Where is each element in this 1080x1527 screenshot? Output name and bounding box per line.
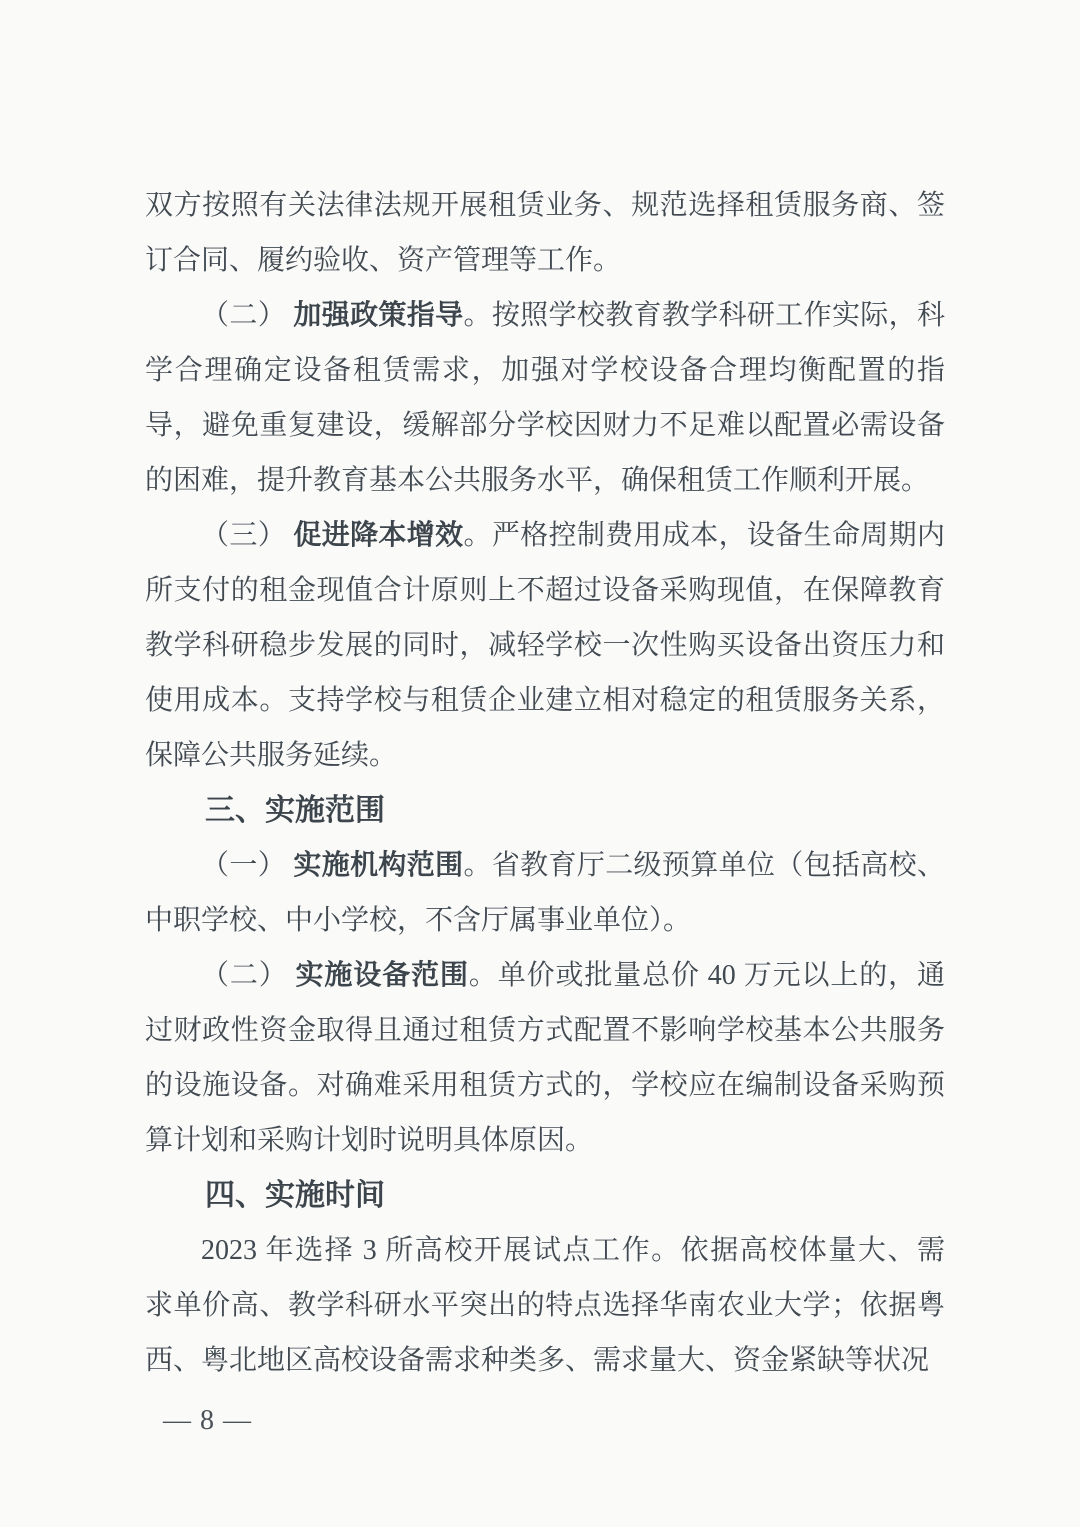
text-run: 所支付的租金现值合计原则上不超过设备采购现值，在保障教育 — [145, 575, 945, 606]
text-run: 算计划和采购计划时说明具体原因。 — [145, 1125, 593, 1156]
text-line: 西、粤北地区高校设备需求种类多、需求量大、资金紧缺等状况 — [145, 1333, 945, 1388]
run-in-heading: 促进降本增效 — [293, 520, 463, 551]
text-run: 保障公共服务延续。 — [145, 740, 397, 771]
text-line: 过财政性资金取得且通过租赁方式配置不影响学校基本公共服务 — [145, 1003, 945, 1058]
text-line: 的设施设备。对确难采用租赁方式的，学校应在编制设备采购预 — [145, 1058, 945, 1113]
text-line: 使用成本。支持学校与租赁企业建立相对稳定的租赁服务关系， — [145, 673, 945, 728]
document-body: 双方按照有关法律法规开展租赁业务、规范选择租赁服务商、签订合同、履约验收、资产管… — [145, 178, 945, 1388]
text-line: 教学科研稳步发展的同时，减轻学校一次性购买设备出资压力和 — [145, 618, 945, 673]
text-run: （一） — [201, 850, 293, 881]
text-run: 学合理确定设备租赁需求，加强对学校设备合理均衡配置的指 — [145, 355, 945, 386]
run-in-heading: 加强政策指导 — [293, 300, 463, 331]
section-heading: 四、实施时间 — [145, 1168, 945, 1223]
text-run: 。单价或批量总价 40 万元以上的，通 — [469, 960, 945, 991]
text-run: 。按照学校教育教学科研工作实际，科 — [463, 300, 945, 331]
text-line: 的困难，提升教育基本公共服务水平，确保租赁工作顺利开展。 — [145, 453, 945, 508]
text-line: 算计划和采购计划时说明具体原因。 — [145, 1113, 945, 1168]
text-run: 中职学校、中小学校，不含厅属事业单位）。 — [145, 905, 691, 936]
document-page: 双方按照有关法律法规开展租赁业务、规范选择租赁服务商、签订合同、履约验收、资产管… — [0, 0, 1080, 1527]
text-line: 保障公共服务延续。 — [145, 728, 945, 783]
run-in-heading: 四、实施时间 — [205, 1179, 385, 1212]
run-in-heading: 实施设备范围 — [296, 960, 469, 991]
text-line: 2023 年选择 3 所高校开展试点工作。依据高校体量大、需 — [145, 1223, 945, 1278]
text-run: 西、粤北地区高校设备需求种类多、需求量大、资金紧缺等状况 — [145, 1345, 929, 1376]
run-in-heading: 三、实施范围 — [205, 794, 385, 827]
text-run: 的困难，提升教育基本公共服务水平，确保租赁工作顺利开展。 — [145, 465, 929, 496]
text-line: （三） 促进降本增效。严格控制费用成本，设备生命周期内 — [145, 508, 945, 563]
text-run: 导，避免重复建设，缓解部分学校因财力不足难以配置必需设备 — [145, 410, 945, 441]
text-run: （二） — [201, 960, 296, 991]
text-run: 求单价高、教学科研水平突出的特点选择华南农业大学；依据粤 — [145, 1290, 945, 1321]
text-line: 求单价高、教学科研水平突出的特点选择华南农业大学；依据粤 — [145, 1278, 945, 1333]
text-run: （三） — [201, 520, 293, 551]
text-run: （二） — [201, 300, 293, 331]
text-line: （一） 实施机构范围。省教育厅二级预算单位（包括高校、 — [145, 838, 945, 893]
section-heading: 三、实施范围 — [145, 783, 945, 838]
text-run: 教学科研稳步发展的同时，减轻学校一次性购买设备出资压力和 — [145, 630, 945, 661]
text-run: 。省教育厅二级预算单位（包括高校、 — [463, 850, 945, 881]
text-line: 中职学校、中小学校，不含厅属事业单位）。 — [145, 893, 945, 948]
run-in-heading: 实施机构范围 — [293, 850, 463, 881]
text-run: 使用成本。支持学校与租赁企业建立相对稳定的租赁服务关系， — [145, 685, 945, 716]
text-line: 订合同、履约验收、资产管理等工作。 — [145, 233, 945, 288]
text-line: （二） 实施设备范围。单价或批量总价 40 万元以上的，通 — [145, 948, 945, 1003]
text-run: 2023 年选择 3 所高校开展试点工作。依据高校体量大、需 — [201, 1235, 945, 1266]
text-line: 导，避免重复建设，缓解部分学校因财力不足难以配置必需设备 — [145, 398, 945, 453]
text-line: 双方按照有关法律法规开展租赁业务、规范选择租赁服务商、签 — [145, 178, 945, 233]
text-run: 。严格控制费用成本，设备生命周期内 — [463, 520, 945, 551]
text-run: 过财政性资金取得且通过租赁方式配置不影响学校基本公共服务 — [145, 1015, 945, 1046]
text-run: 双方按照有关法律法规开展租赁业务、规范选择租赁服务商、签 — [145, 190, 945, 221]
text-line: 所支付的租金现值合计原则上不超过设备采购现值，在保障教育 — [145, 563, 945, 618]
text-line: 学合理确定设备租赁需求，加强对学校设备合理均衡配置的指 — [145, 343, 945, 398]
text-line: （二） 加强政策指导。按照学校教育教学科研工作实际，科 — [145, 288, 945, 343]
text-run: 的设施设备。对确难采用租赁方式的，学校应在编制设备采购预 — [145, 1070, 945, 1101]
text-run: 订合同、履约验收、资产管理等工作。 — [145, 245, 621, 276]
page-number: — 8 — — [145, 1398, 945, 1444]
